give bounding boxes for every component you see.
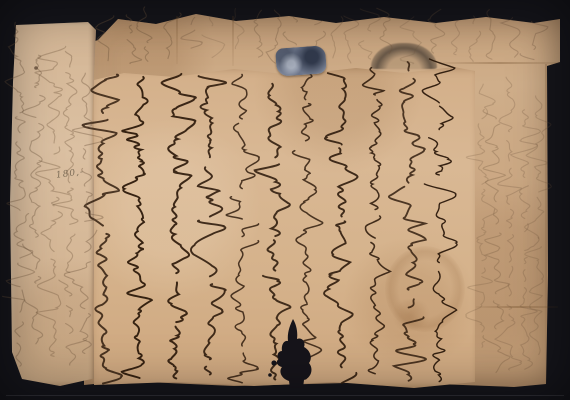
antique-letter-photo: 180,- bbox=[0, 0, 570, 400]
paper-crease bbox=[476, 306, 558, 308]
paper-crease bbox=[176, 16, 178, 64]
letter-left-fold bbox=[10, 22, 96, 386]
wafer-seal bbox=[275, 45, 327, 76]
ink-blot bbox=[266, 318, 328, 388]
paper-crease bbox=[440, 62, 560, 64]
paper-stain bbox=[390, 300, 432, 330]
paper-crease bbox=[232, 16, 234, 66]
paper-crease bbox=[545, 64, 547, 384]
scan-edge-line bbox=[6, 395, 564, 396]
